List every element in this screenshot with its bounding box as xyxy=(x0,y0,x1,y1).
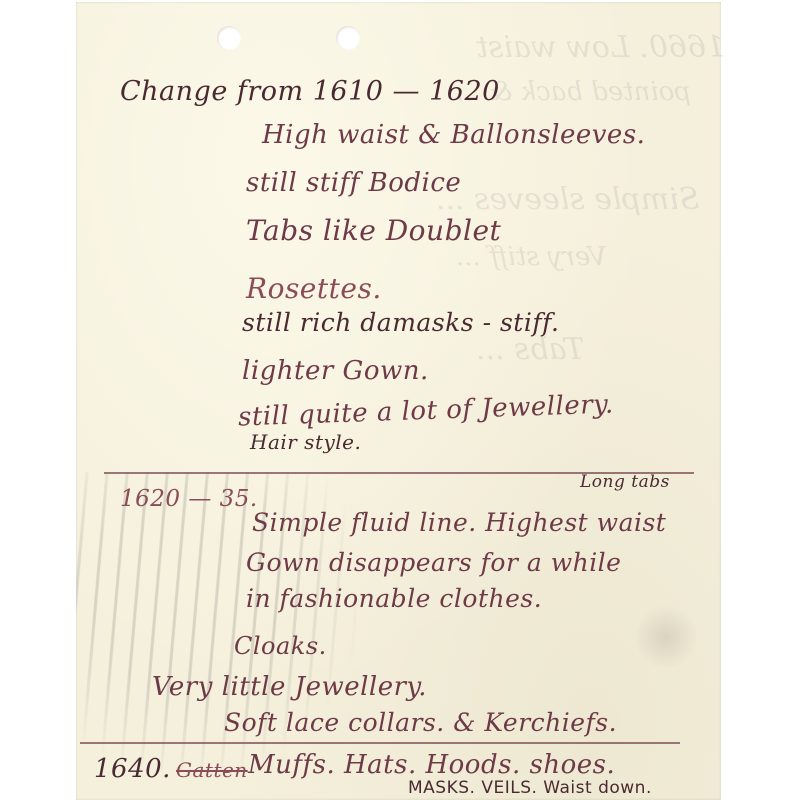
section-2-line: Very little Jewellery. xyxy=(152,672,427,702)
section-2-line: Soft lace collars. & Kerchiefs. xyxy=(224,708,617,737)
smudge-mark xyxy=(636,602,696,672)
section-1-heading: Change from 1610 — 1620 xyxy=(120,76,500,107)
section-2-line: Gown disappears for a while xyxy=(246,548,621,577)
bleed-through-line: Tabs ... xyxy=(476,332,584,367)
section-3-year: 1640. xyxy=(94,754,171,784)
bleed-through-line: Simple sleeves ... xyxy=(436,182,699,217)
punch-hole-right xyxy=(336,26,360,50)
punch-hole-left xyxy=(217,26,241,50)
section-1-line: still rich damasks - stiff. xyxy=(242,308,559,337)
paper-sheet: 1660. Low waist pointed back & ... Simpl… xyxy=(76,2,721,800)
section-1-line: lighter Gown. xyxy=(242,356,429,386)
section-1-line: still stiff Bodice xyxy=(246,168,461,198)
section-divider xyxy=(80,742,680,744)
struck-word: Gatten xyxy=(176,758,248,782)
section-1-line: Hair style. xyxy=(250,430,361,454)
section-3-line: Muffs. Hats. Hoods. shoes. xyxy=(248,750,615,780)
margin-note: Long tabs xyxy=(580,472,670,492)
section-1-line: still quite a lot of Jewellery. xyxy=(238,389,615,432)
section-1-line: High waist & Ballonsleeves. xyxy=(262,120,645,150)
section-2-line: Simple fluid line. Highest waist xyxy=(252,508,666,537)
section-2-line: Cloaks. xyxy=(234,632,327,660)
section-3-line: MASKS. VEILS. Waist down. xyxy=(408,778,652,798)
section-2-line: in fashionable clothes. xyxy=(246,584,542,613)
section-1-line: Rosettes. xyxy=(246,272,382,305)
bleed-through-line: 1660. Low waist xyxy=(476,30,725,65)
section-1-line: Tabs like Doublet xyxy=(246,214,501,247)
section-2-date-range: 1620 — 35. xyxy=(120,486,258,512)
